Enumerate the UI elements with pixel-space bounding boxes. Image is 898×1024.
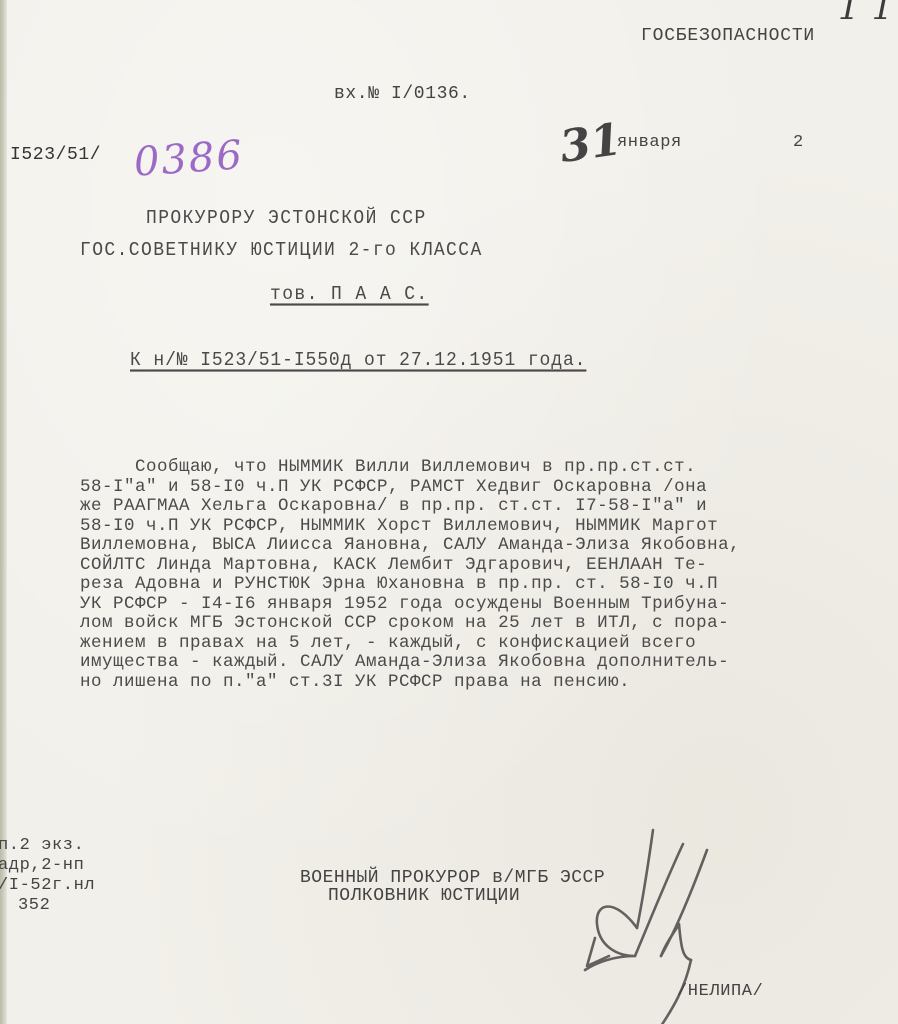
file-note-copies: п.2 экз.	[0, 836, 84, 855]
reference-line: К н/№ I523/51-I550д от 27.12.1951 года.	[130, 350, 586, 372]
body-line: 58-I0 ч.П УК РСФСР, НЫММИК Хорст Виллемо…	[80, 517, 880, 537]
body-line: СОЙЛТС Линда Мартовна, КАСК Лембит Эдгар…	[80, 556, 880, 576]
date-day-handwritten: 31	[557, 114, 625, 173]
body-line: лом войск МГБ Эстонской ССР сроком на 25…	[80, 614, 880, 634]
file-note-date: /I-52г.нл	[0, 876, 95, 895]
document-page: 11 ГОСБЕЗОПАСНОСТИ вх.№ I/0136. I523/51/…	[0, 0, 898, 1024]
addressee-line-3: тов. П А А С.	[270, 284, 429, 306]
signatory-title-line-2: ПОЛКОВНИК ЮСТИЦИИ	[328, 886, 520, 906]
date-month: января	[617, 133, 682, 152]
body-line: реза Адовна и РУНСТЮК Эрна Юхановна в пр…	[80, 575, 880, 595]
body-line: имущества - каждый. САЛУ Аманда-Элиза Як…	[80, 653, 880, 673]
body-paragraph: Сообщаю, что НЫММИК Вилли Виллемович в п…	[80, 458, 880, 692]
addressee-line-1: ПРОКУРОРУ ЭСТОНСКОЙ ССР	[146, 208, 427, 230]
signatory-name: /НЕЛИПА/	[677, 982, 763, 1001]
body-line: жением в правах на 5 лет, - каждый, с ко…	[80, 634, 880, 654]
body-line: Сообщаю, что НЫММИК Вилли Виллемович в п…	[80, 458, 880, 478]
body-line: УК РСФСР - I4-I6 января 1952 года осужде…	[80, 595, 880, 615]
file-note-address: адр,2-нп	[0, 856, 84, 875]
header-organization: ГОСБЕЗОПАСНОСТИ	[641, 26, 815, 46]
body-line: 58-I"а" и 58-I0 ч.П УК РСФСР, РАМСТ Хедв…	[80, 478, 880, 498]
outgoing-number: I523/51/	[10, 145, 101, 165]
file-note-number: 352	[18, 896, 50, 915]
addressee-line-2: ГОС.СОВЕТНИКУ ЮСТИЦИИ 2-го КЛАССА	[80, 240, 483, 262]
body-line: же РААГМАА Хельга Оскаровна/ в пр.пр. ст…	[80, 497, 880, 517]
date-year: 2	[793, 133, 804, 152]
handwritten-registration-number: 0386	[133, 132, 246, 186]
body-line: Виллемовна, ВЫСА Лиисса Яановна, САЛУ Ам…	[80, 536, 880, 556]
corner-pencil-mark: 11	[838, 0, 898, 28]
body-line: но лишена по п."а" ст.3I УК РСФСР права …	[80, 673, 880, 693]
signatory-title-line-1: ВОЕННЫЙ ПРОКУРОР в/МГБ ЭССР	[300, 868, 605, 888]
incoming-number: вх.№ I/0136.	[334, 84, 471, 104]
